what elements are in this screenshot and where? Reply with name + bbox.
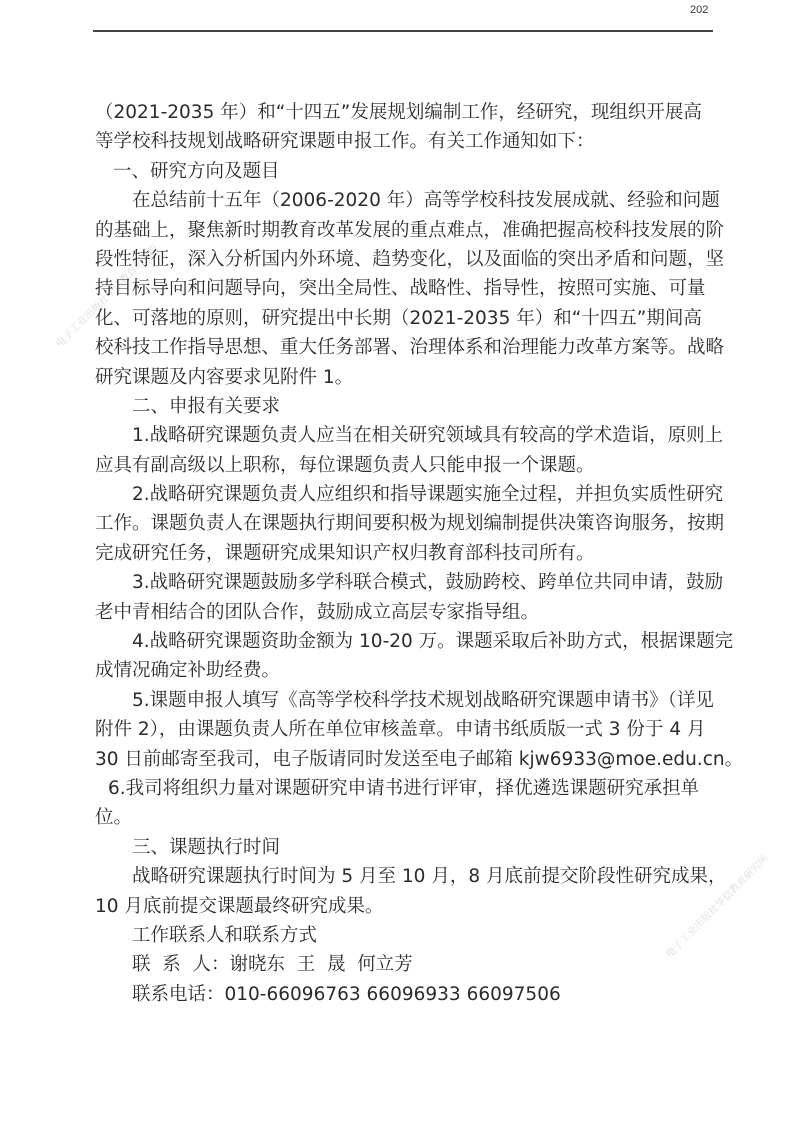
text-line: 在总结前十五年（2006-2020 年）高等学校科技发展成就、经验和问题 (95, 186, 707, 215)
text-line: 5.课题申报人填写《高等学校科学技术规划战略研究课题申请书》（详见 (95, 686, 707, 715)
text-line: 研究课题及内容要求见附件 1。 (95, 363, 707, 392)
text-line: 持目标导向和问题导向，突出全局性、战略性、指导性，按照可实施、可量 (95, 274, 707, 303)
text-line: （2021-2035 年）和“十四五”发展规划编制工作，经研究，现组织开展高 (95, 98, 707, 127)
text-line: 位。 (95, 803, 707, 832)
text-line: 应具有副高级以上职称，每位课题负责人只能申报一个课题。 (95, 451, 707, 480)
text-line: 工作。课题负责人在课题执行期间要积极为规划编制提供决策咨询服务，按期 (95, 509, 707, 538)
header-rule (93, 30, 713, 32)
text-line-email: 30 日前邮寄至我司，电子版请同时发送至电子邮箱 kjw6933@moe.edu… (95, 745, 707, 774)
section-heading-1: 一、研究方向及题目 (95, 157, 707, 186)
page-number: 202 (690, 4, 708, 16)
text-line: 的基础上，聚焦新时期教育改革发展的重点难点，准确把握高校科技发展的阶 (95, 216, 707, 245)
text-line: 完成研究任务，课题研究成果知识产权归教育部科技司所有。 (95, 539, 707, 568)
contact-persons: 联 系 人：谢晓东 王 晟 何立芳 (95, 950, 707, 979)
document-body: （2021-2035 年）和“十四五”发展规划编制工作，经研究，现组织开展高 等… (95, 98, 707, 1009)
text-line: 附件 2），由课题负责人所在单位审核盖章。申请书纸质版一式 3 份于 4 月 (95, 715, 707, 744)
text-line: 成情况确定补助经费。 (95, 656, 707, 685)
text-line: 1.战略研究课题负责人应当在相关研究领域具有较高的学术造诣，原则上 (95, 421, 707, 450)
text-line: 校科技工作指导思想、重大任务部署、治理体系和治理能力改革方案等。战略 (95, 333, 707, 362)
text-line: 等学校科技规划战略研究课题申报工作。有关工作通知如下： (95, 127, 707, 156)
text-line: 3.战略研究课题鼓励多学科联合模式，鼓励跨校、跨单位共同申请，鼓励 (95, 568, 707, 597)
section-heading-3: 三、课题执行时间 (95, 833, 707, 862)
contact-heading: 工作联系人和联系方式 (95, 921, 707, 950)
text-line: 段性特征，深入分析国内外环境、趋势变化，以及面临的突出矛盾和问题，坚 (95, 245, 707, 274)
text-line: 2.战略研究课题负责人应组织和指导课题实施全过程，并担负实质性研究 (95, 480, 707, 509)
text-line: 战略研究课题执行时间为 5 月至 10 月，8 月底前提交阶段性研究成果， (95, 862, 707, 891)
text-line: 老中青相结合的团队合作，鼓励成立高层专家指导组。 (95, 598, 707, 627)
contact-phones: 联系电话：010-66096763 66096933 66097506 (95, 980, 707, 1009)
text-line: 化、可落地的原则，研究提出中长期（2021-2035 年）和“十四五”期间高 (95, 304, 707, 333)
text-line: 10 月底前提交课题最终研究成果。 (95, 892, 707, 921)
section-heading-2: 二、申报有关要求 (95, 392, 707, 421)
text-line: 6.我司将组织力量对课题研究申请书进行评审，择优遴选课题研究承担单 (95, 774, 707, 803)
text-line: 4.战略研究课题资助金额为 10-20 万。课题采取后补助方式，根据课题完 (95, 627, 707, 656)
